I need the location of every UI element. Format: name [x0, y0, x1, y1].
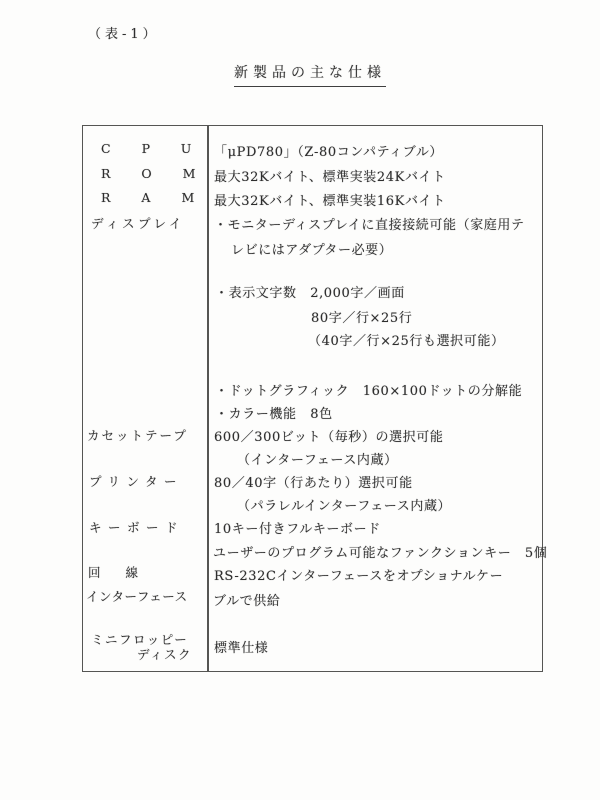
- row-label-printer: プリンター: [89, 472, 183, 490]
- table-column-divider: [207, 126, 209, 671]
- display-line-6: ・ドットグラフィック 160×100ドットの分解能: [215, 380, 522, 399]
- scanned-spec-document: （表-1） 新製品の主な仕様 CPU ROM RAM ディスプレイ カセットテー…: [0, 0, 600, 800]
- cassette-line-2: （インターフェース内蔵）: [237, 449, 398, 468]
- display-line-7: ・カラー機能 8色: [215, 403, 333, 422]
- figure-tag: （表-1）: [88, 23, 160, 42]
- interface-line-1: RS-232Cインターフェースをオプショナルケー: [214, 565, 503, 584]
- row-label-ram: RAM: [101, 190, 225, 205]
- display-line-4: 80字／行×25行: [311, 307, 412, 326]
- row-label-disk: ディスク: [137, 645, 192, 663]
- row-label-cpu: CPU: [101, 141, 222, 156]
- spec-table: CPU ROM RAM ディスプレイ カセットテープ プリンター キーボード 回…: [82, 125, 543, 672]
- ram-value: 最大32Kバイト、標準実装16Kバイト: [214, 190, 446, 209]
- page-title: 新製品の主な仕様: [234, 62, 386, 87]
- display-line-2: レビにはアダプター必要）: [231, 239, 392, 258]
- cassette-line-1: 600／300ビット（毎秒）の選択可能: [214, 426, 444, 445]
- keyboard-line-1: 10キー付きフルキーボード: [214, 518, 381, 537]
- display-line-1: ・モニターディスプレイに直接接続可能（家庭用テ: [214, 214, 525, 233]
- row-label-line: 回線: [88, 563, 163, 581]
- floppy-value: 標準仕様: [214, 637, 268, 656]
- row-label-display: ディスプレイ: [91, 214, 185, 232]
- row-label-interface: インターフェース: [86, 587, 188, 605]
- display-line-5: （40字／行×25行も選択可能）: [308, 330, 505, 349]
- cpu-value: 「μPD780」（Z-80コンパティブル）: [214, 141, 443, 160]
- row-label-keyboard: キーボード: [89, 518, 184, 536]
- keyboard-line-2: ユーザーのプログラム可能なファンクションキー 5個: [213, 542, 547, 561]
- interface-line-2: ブルで供給: [213, 590, 280, 609]
- display-line-3: ・表示文字数 2,000字／画面: [215, 282, 405, 301]
- row-label-rom: ROM: [101, 166, 226, 181]
- printer-line-1: 80／40字（行あたり）選択可能: [214, 472, 413, 491]
- printer-line-2: （パラレルインターフェース内蔵）: [237, 495, 451, 514]
- rom-value: 最大32Kバイト、標準実装24Kバイト: [214, 166, 446, 185]
- row-label-cassette-tape: カセットテープ: [87, 426, 188, 444]
